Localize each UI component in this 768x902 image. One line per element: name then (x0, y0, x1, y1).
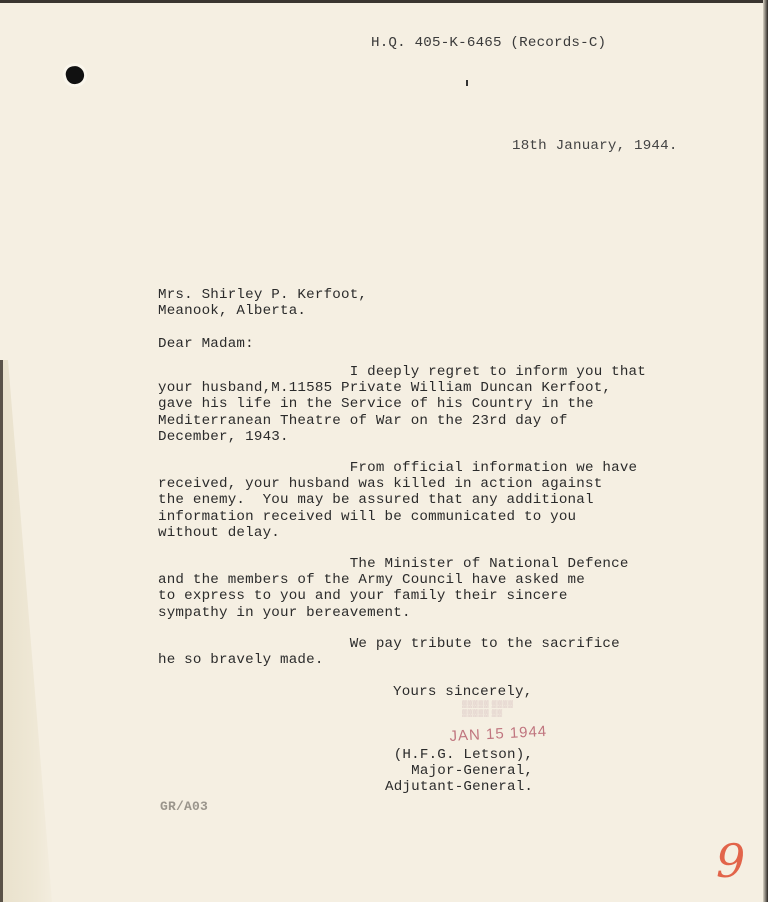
paper-fold-edge (0, 360, 3, 902)
received-stamp-date: JAN 15 1944 (449, 723, 547, 745)
stamp-text: ▒▒▒▒▒ ▒▒ (462, 710, 503, 717)
paragraph-line: From official information we have (158, 460, 637, 476)
paragraph-line: Mediterranean Theatre of War on the 23rd… (158, 413, 568, 429)
letter-page: H.Q. 405-K-6465 (Records-C) 18th January… (0, 0, 768, 902)
letter-date: 18th January, 1944. (512, 138, 678, 154)
paragraph-line: the enemy. You may be assured that any a… (158, 492, 594, 508)
signature-block: (H.F.G. Letson), Major-General, Adjutant… (385, 747, 533, 796)
received-stamp-header: ▒▒▒▒▒ ▒▒▒▒ ▒▒▒▒▒ ▒▒ (462, 700, 514, 718)
paragraph-1: I deeply regret to inform you that your … (158, 364, 646, 445)
signatory-title: Adjutant-General. (385, 779, 533, 795)
paragraph-3: The Minister of National Defence and the… (158, 556, 629, 621)
salutation: Dear Madam: (158, 336, 254, 352)
file-code: GR/A03 (160, 799, 208, 815)
closing: Yours sincerely, (393, 684, 532, 700)
ink-speck (466, 80, 468, 86)
paragraph-line: he so bravely made. (158, 652, 324, 668)
paragraph-line: and the members of the Army Council have… (158, 572, 585, 588)
recipient-name: Mrs. Shirley P. Kerfoot, (158, 287, 367, 303)
paragraph-line: sympathy in your bereavement. (158, 605, 411, 621)
paragraph-line: The Minister of National Defence (158, 556, 629, 572)
recipient-address: Mrs. Shirley P. Kerfoot, Meanook, Albert… (158, 287, 367, 319)
paragraph-line: received, your husband was killed in act… (158, 476, 602, 492)
recipient-location: Meanook, Alberta. (158, 303, 306, 319)
scan-top-edge (0, 0, 768, 3)
paragraph-line: December, 1943. (158, 429, 289, 445)
paragraph-line: your husband,M.11585 Private William Dun… (158, 380, 611, 396)
reference-number: H.Q. 405-K-6465 (Records-C) (371, 35, 606, 51)
paragraph-line: to express to you and your family their … (158, 588, 568, 604)
handwritten-page-number: 9 (716, 838, 745, 884)
paragraph-2: From official information we have receiv… (158, 460, 637, 541)
signatory-rank: Major-General, (385, 763, 533, 779)
scan-right-edge (763, 0, 768, 902)
paragraph-line: gave his life in the Service of his Coun… (158, 396, 594, 412)
paragraph-line: I deeply regret to inform you that (158, 364, 646, 380)
paragraph-line: information received will be communicate… (158, 509, 576, 525)
paragraph-line: without delay. (158, 525, 280, 541)
paragraph-line: We pay tribute to the sacrifice (158, 636, 620, 652)
stamp-text: ▒▒▒▒▒ ▒▒▒▒ (462, 701, 514, 708)
signatory-name: (H.F.G. Letson), (385, 747, 533, 763)
paper-fold (0, 0, 60, 902)
punch-hole-icon (64, 64, 86, 86)
paragraph-4: We pay tribute to the sacrifice he so br… (158, 636, 620, 668)
